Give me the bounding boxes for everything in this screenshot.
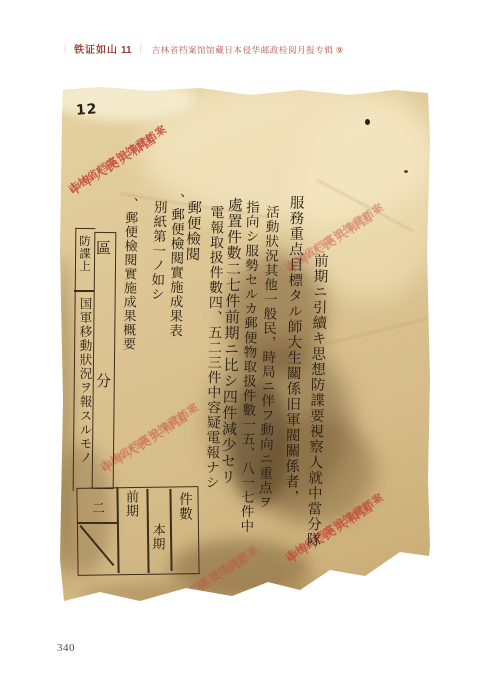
table-header-box bbox=[92, 232, 117, 489]
paper-crease bbox=[316, 179, 414, 232]
table-col-previous-period: 前期 bbox=[122, 490, 141, 552]
header-separator: ｜ bbox=[136, 41, 146, 56]
paper-stain bbox=[54, 255, 74, 585]
table-col-current-period: 本期 bbox=[147, 523, 168, 586]
paper-edge-strip bbox=[54, 77, 194, 121]
scanned-document: 中华人民共和国 吉林省档案馆馆藏档案 中华人民共和国 吉林省档案馆馆藏档案 中华… bbox=[60, 85, 432, 607]
header-separator: ｜ bbox=[60, 41, 70, 56]
volume-badge: ⑨ bbox=[336, 45, 344, 56]
series-number: 11 bbox=[121, 45, 132, 56]
archive-watermark: 中华人民共和国 吉林省档案馆馆藏档案 bbox=[283, 143, 468, 263]
table-row-label-body: 国軍移動狀況ヲ報スルモノ bbox=[76, 297, 94, 487]
handwritten-column-2: 服務重点目標タル師大生關係旧軍閥關係者， bbox=[280, 195, 307, 525]
table-line bbox=[77, 522, 118, 524]
table-row-label-top: 防諜上 bbox=[76, 235, 92, 289]
paper-stain bbox=[80, 580, 410, 610]
series-title: 铁证如山 bbox=[74, 41, 118, 56]
ink-spot bbox=[365, 119, 370, 125]
page-number: 340 bbox=[57, 642, 75, 654]
page-stamp-number: 12 bbox=[75, 101, 98, 118]
archive-watermark: 中华人民共和国 吉林省档案馆馆藏档案 bbox=[66, 65, 251, 185]
running-head: ｜ 铁证如山 11 ｜ 吉林省档案馆馆藏日本侵华邮政检阅月报专辑 ⑨ bbox=[56, 41, 343, 56]
ink-spot bbox=[404, 170, 408, 173]
handwritten-column-9: 別紙第一ノ如シ bbox=[145, 200, 169, 316]
table-line bbox=[74, 290, 94, 292]
table-count-header: 件數 bbox=[174, 492, 194, 570]
watermark-line1: 中华人民共和国 bbox=[66, 130, 162, 202]
pencil-scribble bbox=[46, 93, 50, 95]
table-header-kubun-top: 區 bbox=[96, 237, 111, 258]
handwritten-column-10: 、郵便檢閱實施成果概要 bbox=[118, 197, 140, 372]
watermark-line2: 吉林省档案馆馆藏档案 bbox=[66, 122, 171, 198]
book-page: ｜ 铁证如山 11 ｜ 吉林省档案馆馆藏日本侵华邮政检阅月报专辑 ⑨ 中华人民共… bbox=[0, 0, 503, 700]
table-header-kubun-bottom: 分 bbox=[96, 370, 111, 391]
volume-subtitle: 吉林省档案馆馆藏日本侵华邮政检阅月报专辑 bbox=[152, 44, 334, 56]
handwritten-column-1: 前期ニ引續キ思想防諜要視察人就中當分隊 bbox=[302, 253, 331, 563]
table-previous-value: 二 bbox=[88, 501, 107, 521]
